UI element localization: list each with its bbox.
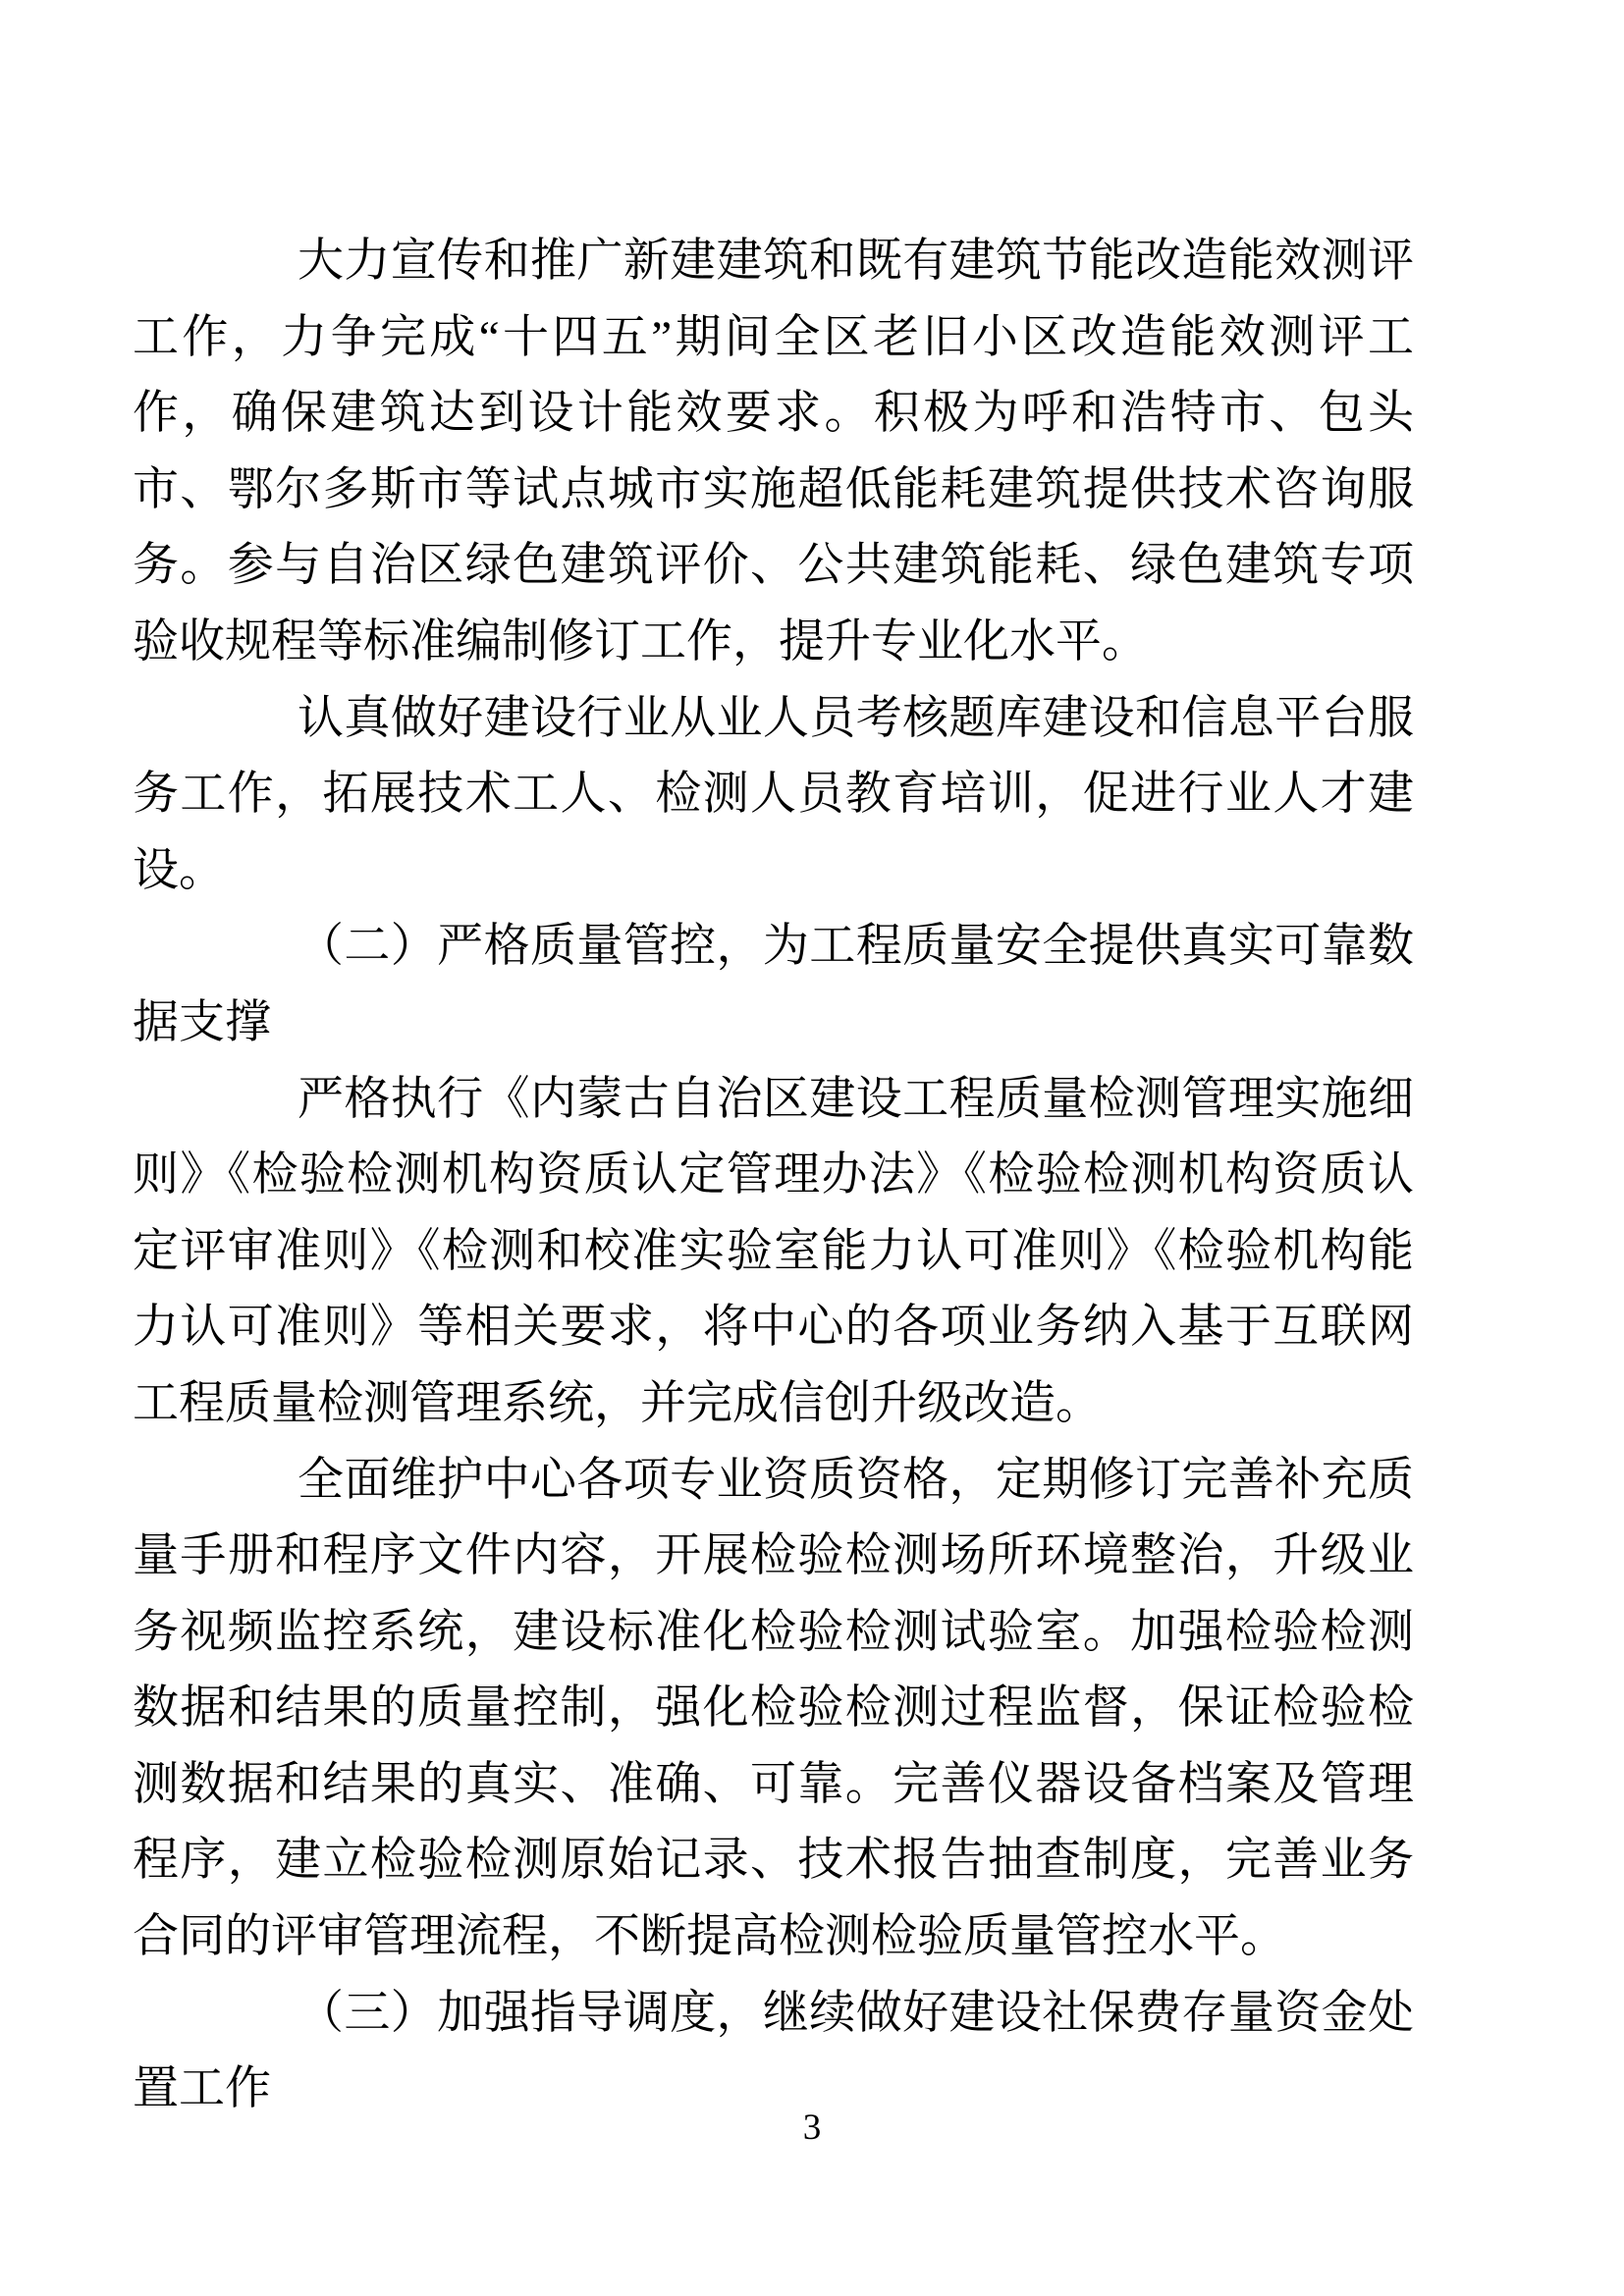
paragraph-quality-regulations: 严格执行《内蒙古自治区建设工程质量检测管理实施细则》《检验检测机构资质认定管理办… — [133, 1062, 1414, 1443]
document-body: 大力宣传和推广新建建筑和既有建筑节能改造能效测评工作，力争完成“十四五”期间全区… — [133, 224, 1414, 2128]
paragraph-energy-evaluation: 大力宣传和推广新建建筑和既有建筑节能改造能效测评工作，力争完成“十四五”期间全区… — [133, 224, 1414, 681]
page-number: 3 — [0, 2107, 1624, 2150]
document-page: 大力宣传和推广新建建筑和既有建筑节能改造能效测评工作，力争完成“十四五”期间全区… — [0, 0, 1624, 2296]
section-heading-3: （三）加强指导调度，继续做好建设社保费存量资金处置工作 — [133, 1976, 1414, 2128]
paragraph-personnel-training: 认真做好建设行业从业人员考核题库建设和信息平台服务工作，拓展技术工人、检测人员教… — [133, 681, 1414, 910]
section-heading-2: （二）严格质量管控，为工程质量安全提供真实可靠数据支撑 — [133, 909, 1414, 1061]
paragraph-qualification-maintenance: 全面维护中心各项专业资质资格，定期修订完善补充质量手册和程序文件内容，开展检验检… — [133, 1443, 1414, 1976]
